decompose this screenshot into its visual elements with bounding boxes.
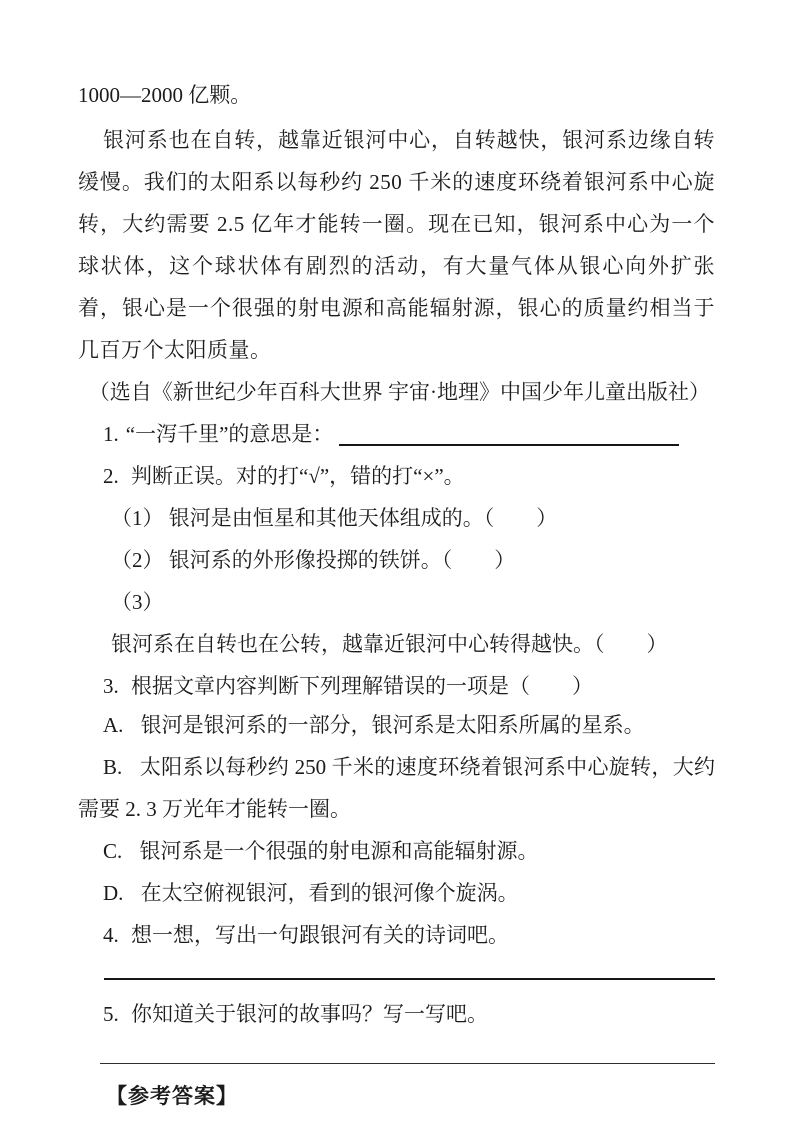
question-4-number: 4. <box>103 923 119 947</box>
question-4: 4. 想一想，写出一句跟银河有关的诗词吧。 <box>78 914 715 956</box>
q2-item-2-number: （2） <box>111 548 164 572</box>
question-1: 1. “一泻千里”的意思是： <box>78 413 715 455</box>
source-citation: （选自《新世纪少年百科大世界 宇宙·地理》中国少年儿童出版社） <box>78 371 715 413</box>
q2-item-1-number: （1） <box>111 506 164 530</box>
q2-item-3-number: （3） <box>111 590 164 614</box>
q3-option-d: D. 在太空俯视银河，看到的银河像个旋涡。 <box>78 872 715 914</box>
q3-option-a: A. 银河是银河系的一部分，银河系是太阳系所属的星系。 <box>78 704 715 746</box>
question-5-number: 5. <box>103 1002 119 1026</box>
question-4-text: 想一想，写出一句跟银河有关的诗词吧。 <box>131 923 509 947</box>
question-5-text: 你知道关于银河的故事吗？写一写吧。 <box>131 1002 488 1026</box>
q3-option-d-letter: D. <box>103 881 123 905</box>
q3-option-b-letter: B. <box>103 755 122 779</box>
question-1-answer-blank <box>339 413 679 446</box>
q3-option-a-letter: A. <box>103 713 123 737</box>
passage-tail-line: 1000—2000 亿颗。 <box>78 74 715 116</box>
reference-answers-header: 【参考答案】 <box>78 1075 715 1117</box>
q2-item-1-text: 银河是由恒星和其他天体组成的。（ ） <box>169 506 558 530</box>
q3-option-c: C. 银河系是一个很强的射电源和高能辐射源。 <box>78 830 715 872</box>
question-2: 2. 判断正误。对的打“√”，错的打“×”。 <box>78 455 715 497</box>
q2-item-3: （3） 银河系在自转也在公转，越靠近银河中心转得越快。（ ） <box>78 581 715 665</box>
question-2-number: 2. <box>103 464 119 488</box>
q3-option-c-text: 银河系是一个很强的射电源和高能辐射源。 <box>140 839 539 863</box>
q3-option-a-text: 银河是银河系的一部分，银河系是太阳系所属的星系。 <box>141 713 645 737</box>
worksheet-page: 1000—2000 亿颗。 银河系也在自转，越靠近银河中心，自转越快，银河系边缘… <box>0 0 793 1122</box>
q2-item-2-text: 银河系的外形像投掷的铁饼。（ ） <box>169 548 516 572</box>
q2-item-2: （2） 银河系的外形像投掷的铁饼。（ ） <box>78 539 715 581</box>
q3-option-b-text: 太阳系以每秒约 250 千米的速度环绕着银河系中心旋转，大约需要 2. 3 万光… <box>78 755 715 821</box>
q2-item-1: （1） 银河是由恒星和其他天体组成的。（ ） <box>78 497 715 539</box>
question-2-text: 判断正误。对的打“√”，错的打“×”。 <box>131 464 465 488</box>
question-1-number: 1. <box>103 413 119 455</box>
question-3-number: 3. <box>103 674 119 698</box>
passage-paragraph: 银河系也在自转，越靠近银河中心，自转越快，银河系边缘自转缓慢。我们的太阳系以每秒… <box>78 119 715 371</box>
q5-answer-line <box>100 1063 715 1064</box>
question-5: 5. 你知道关于银河的故事吗？写一写吧。 <box>78 993 715 1035</box>
q4-answer-line <box>104 978 715 980</box>
q2-item-3-text: 银河系在自转也在公转，越靠近银河中心转得越快。（ ） <box>111 632 668 656</box>
q3-option-d-text: 在太空俯视银河，看到的银河像个旋涡。 <box>141 881 519 905</box>
q3-option-c-letter: C. <box>103 839 122 863</box>
question-3-text: 根据文章内容判断下列理解错误的一项是（ ） <box>131 674 593 698</box>
question-3: 3. 根据文章内容判断下列理解错误的一项是（ ） <box>78 665 715 707</box>
q3-option-b: B. 太阳系以每秒约 250 千米的速度环绕着银河系中心旋转，大约需要 2. 3… <box>78 746 715 830</box>
question-1-text: “一泻千里”的意思是： <box>126 413 334 455</box>
